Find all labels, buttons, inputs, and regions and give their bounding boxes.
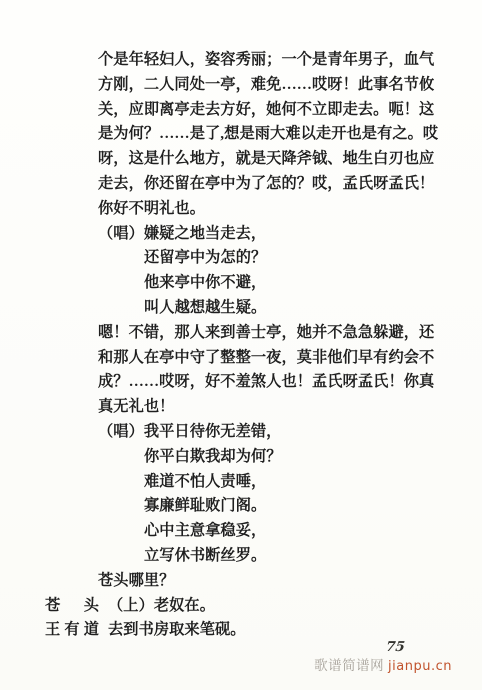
aria-line: 叫人越想越生疑。 — [144, 296, 445, 321]
script-line: 嗯！不错，那人来到善士亭，她并不急急躲避，还 — [98, 321, 445, 346]
speaker-char: 头 — [84, 594, 99, 619]
speaker-char: 有 — [64, 618, 79, 643]
script-line: 关，应即离亭走去方好，她何不立即走去。呃！这 — [98, 98, 445, 123]
script-line: 你好不明礼也。 — [98, 197, 445, 222]
script-line: 真无礼也！ — [98, 395, 445, 420]
speaker-name: 王 有 道 — [45, 618, 99, 643]
dialogue-row: 王 有 道 去到书房取来笔砚。 — [45, 618, 445, 643]
script-line: 成？……哎呀，好不羞煞人也！孟氏呀孟氏！你真 — [98, 370, 445, 395]
watermark: 歌谱简谱网 jianpu.cn — [314, 656, 452, 677]
script-line: 个是年轻妇人，姿容秀丽；一个是青年男子，血气 — [98, 48, 445, 73]
dialogue-text: 去到书房取来笔砚。 — [108, 618, 246, 643]
script-text-block: 个是年轻妇人，姿容秀丽；一个是青年男子，血气 方刚，二人同处一亭，难免……哎呀！… — [45, 48, 445, 643]
script-line: 呀，这是什么地方，就是天降斧钺、地生白刃也应 — [98, 147, 445, 172]
speaker-char: 王 — [45, 618, 60, 643]
script-line: 和那人在亭中守了整整一夜，莫非他们早有约会不 — [98, 346, 445, 371]
aria-line: 难道不怕人责唾， — [144, 470, 445, 495]
monologue-paragraph-2: 嗯！不错，那人来到善士亭，她并不急急躲避，还 和那人在亭中守了整整一夜，莫非他们… — [98, 321, 445, 420]
scanned-book-page: 个是年轻妇人，姿容秀丽；一个是青年男子，血气 方刚，二人同处一亭，难免……哎呀！… — [0, 0, 482, 690]
dialogue-row: 苍 头 （上）老奴在。 — [45, 594, 445, 619]
page-number: 75 — [385, 639, 405, 655]
aria-line: 寡廉鲜耻败门阁。 — [144, 494, 445, 519]
watermark-site-name: 歌谱简谱网 — [314, 658, 384, 673]
monologue-paragraph-1: 个是年轻妇人，姿容秀丽；一个是青年男子，血气 方刚，二人同处一亭，难免……哎呀！… — [98, 48, 445, 222]
aria-verse-2: （唱）我平日待你无差错， 你平白欺我却为何？ 难道不怕人责唾， 寡廉鲜耻败门阁。… — [45, 420, 445, 569]
call-line: 苍头哪里？ — [98, 569, 445, 594]
speaker-char: 道 — [84, 618, 99, 643]
aria-verse-1: （唱）嫌疑之地当走去， 还留亭中为怎的？ 他来亭中你不避， 叫人越想越生疑。 — [45, 222, 445, 321]
aria-line-first: （唱）我平日待你无差错， — [98, 420, 445, 445]
speaker-name: 苍 头 — [45, 594, 99, 619]
speaker-char: 苍 — [45, 594, 60, 619]
aria-line: 心中主意拿稳妥， — [144, 519, 445, 544]
script-line: 是为何？……是了,想是雨大难以走开也是有之。哎 — [98, 122, 445, 147]
aria-line: 立写休书断丝罗。 — [144, 544, 445, 569]
watermark-site-url: jianpu.cn — [388, 659, 452, 674]
script-line: 走去，你还留在亭中为了怎的？哎，孟氏呀孟氏！ — [98, 172, 445, 197]
aria-line: 他来亭中你不避， — [144, 271, 445, 296]
aria-line: 还留亭中为怎的？ — [144, 246, 445, 271]
script-line: 方刚，二人同处一亭，难免……哎呀！此事名节攸 — [98, 73, 445, 98]
dialogue-text: （上）老奴在。 — [108, 594, 215, 619]
aria-line-first: （唱）嫌疑之地当走去， — [98, 222, 445, 247]
aria-line: 你平白欺我却为何？ — [144, 445, 445, 470]
